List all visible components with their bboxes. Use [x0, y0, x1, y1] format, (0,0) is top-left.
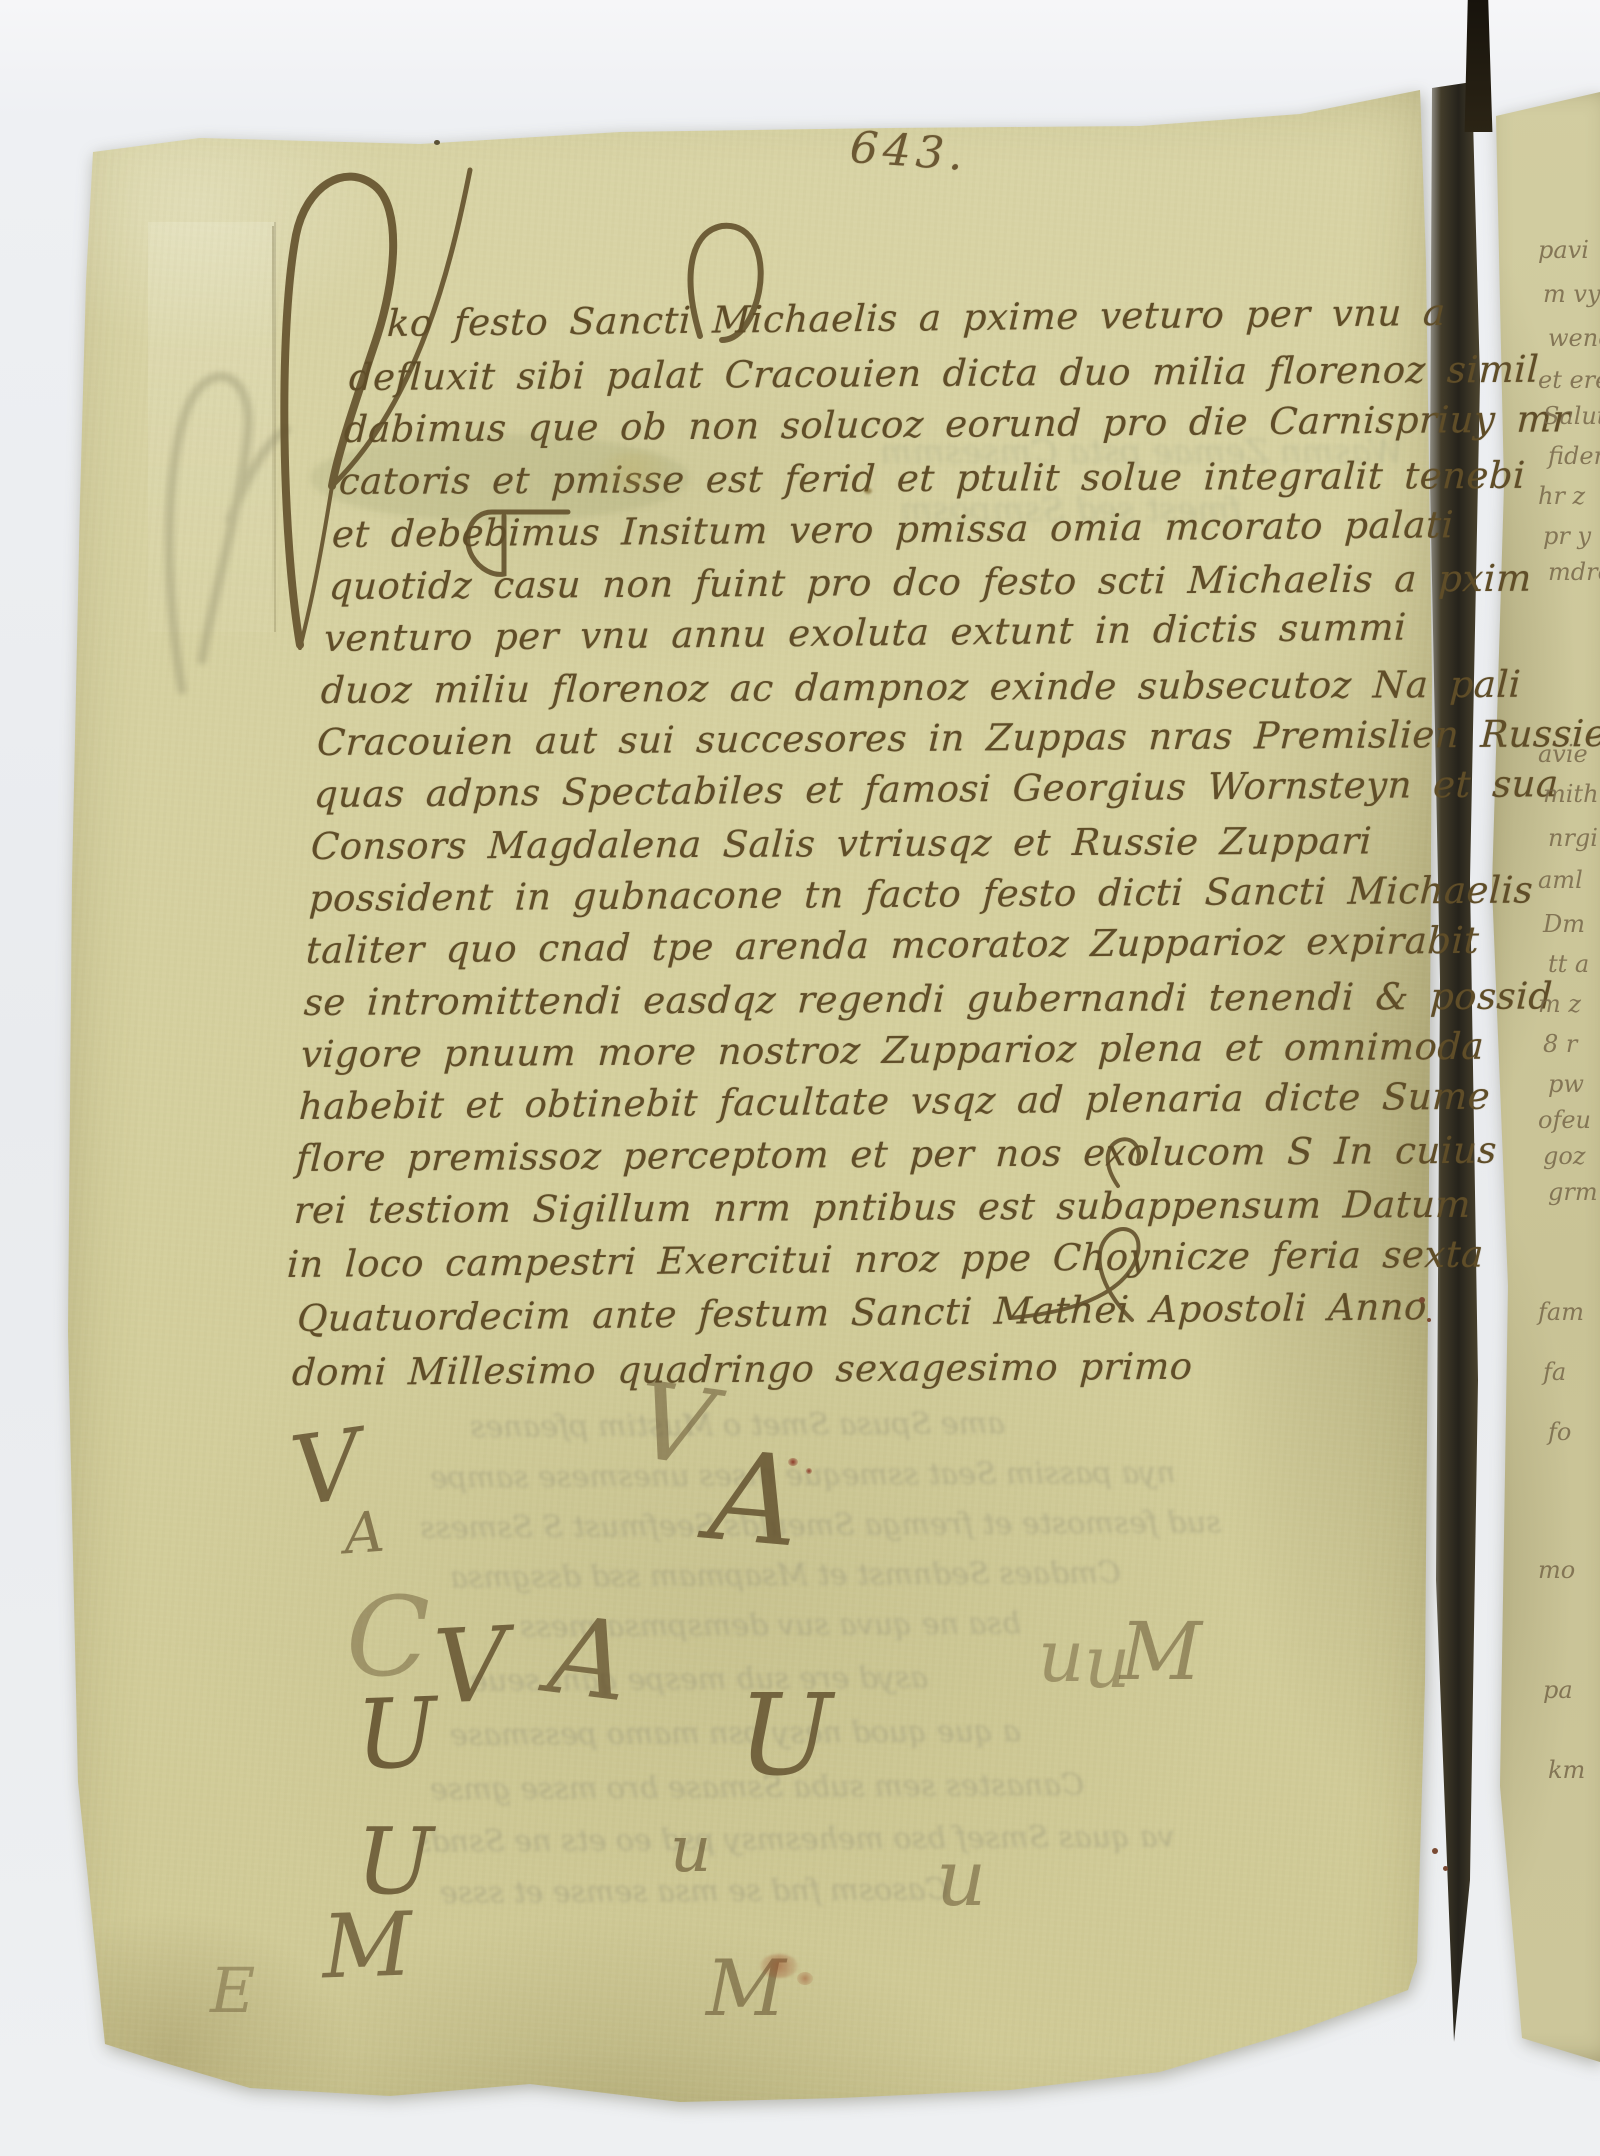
speck — [1419, 1297, 1425, 1303]
stain-layer — [0, 0, 1600, 2156]
red-stain — [788, 1458, 798, 1466]
speck — [1432, 1848, 1438, 1854]
manuscript-photo: ame Spusa Smet o Mustim pfeanesnya passi… — [0, 0, 1600, 2156]
speck — [1443, 1866, 1448, 1871]
yellow-stain — [596, 452, 670, 490]
ink-speck — [864, 488, 872, 494]
ink-speck — [434, 140, 440, 145]
speck — [1427, 1318, 1431, 1322]
rust-stain — [760, 1954, 798, 1978]
rust-stain — [797, 1972, 813, 1985]
red-stain — [806, 1468, 812, 1474]
